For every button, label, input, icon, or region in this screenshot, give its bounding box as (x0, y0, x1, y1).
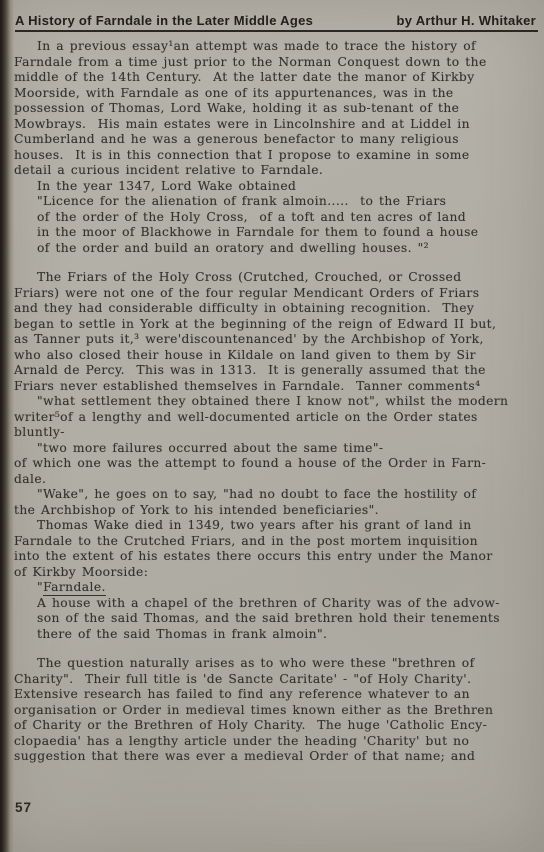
page-header: A History of Farndale in the Later Middl… (15, 13, 536, 28)
text-line: the Archbishop of York to his intended b… (14, 503, 536, 519)
text-line: possession of Thomas, Lord Wake, holding… (14, 101, 536, 117)
text-line: as Tanner puts it,³ were'discountenanced… (14, 332, 536, 348)
text-line: began to settle in York at the beginning… (14, 317, 536, 333)
text-line: Friars never established themselves in F… (14, 379, 536, 395)
text-line: "Wake", he goes on to say, "had no doubt… (14, 487, 536, 503)
text-line: middle of the 14th Century. At the latte… (14, 70, 536, 86)
text-line: The Friars of the Holy Cross (Crutched, … (14, 270, 536, 286)
text-line: bluntly- (14, 425, 536, 441)
text-line: Farndale from a time just prior to the N… (14, 55, 536, 71)
header-rule (15, 30, 538, 32)
text-line: Mowbrays. His main estates were in Linco… (14, 117, 536, 133)
text-line: suggestion that there was ever a medieva… (14, 749, 536, 765)
text-line: there of the said Thomas in frank almoin… (14, 627, 536, 643)
text-line: detail a curious incident relative to Fa… (14, 163, 536, 179)
text-line: dale. (14, 472, 536, 488)
text-line: "Farndale. (14, 580, 536, 596)
blank-line (14, 256, 536, 270)
text-line: Extensive research has failed to find an… (14, 687, 536, 703)
text-line: Charity". Their full title is 'de Sancte… (14, 672, 536, 688)
document-title: A History of Farndale in the Later Middl… (15, 13, 313, 28)
text-line: houses. It is in this connection that I … (14, 148, 536, 164)
document-page: A History of Farndale in the Later Middl… (0, 0, 544, 852)
blank-line (14, 642, 536, 656)
text-line: Cumberland and he was a generous benefac… (14, 132, 536, 148)
text-line: of Kirkby Moorside: (14, 565, 536, 581)
text-line: Friars) were not one of the four regular… (14, 286, 536, 302)
text-line: of the order and build an oratory and dw… (14, 241, 536, 257)
underlined-text: Farndale. (43, 580, 106, 596)
text-line: in the moor of Blackhowe in Farndale for… (14, 225, 536, 241)
text-line: of Charity or the Brethren of Holy Chari… (14, 718, 536, 734)
text-line: organisation or Order in medieval times … (14, 703, 536, 719)
text-line: "what settlement they obtained there I k… (14, 394, 536, 410)
text-line: of the order of the Holy Cross, of a tof… (14, 210, 536, 226)
text-line: "Licence for the alienation of frank alm… (14, 194, 536, 210)
text-line: into the extent of his estates there occ… (14, 549, 536, 565)
text-line: and they had considerable difficulty in … (14, 301, 536, 317)
page-number: 57 (15, 800, 32, 815)
text-line: of which one was the attempt to found a … (14, 456, 536, 472)
text-line: The question naturally arises as to who … (14, 656, 536, 672)
document-body: In a previous essay¹an attempt was made … (14, 39, 536, 765)
author-byline: by Arthur H. Whitaker (397, 13, 536, 28)
text-line: "two more failures occurred about the sa… (14, 441, 536, 457)
text-line: Farndale to the Crutched Friars, and in … (14, 534, 536, 550)
text-line: who also closed their house in Kildale o… (14, 348, 536, 364)
text-line: son of the said Thomas, and the said bre… (14, 611, 536, 627)
text-line: In a previous essay¹an attempt was made … (14, 39, 536, 55)
text-line: In the year 1347, Lord Wake obtained (14, 179, 536, 195)
text-line: Thomas Wake died in 1349, two years afte… (14, 518, 536, 534)
book-gutter-shadow (0, 0, 14, 852)
text-line: clopaedia' has a lengthy article under t… (14, 734, 536, 750)
text-line: A house with a chapel of the brethren of… (14, 596, 536, 612)
text-line: Moorside, with Farndale as one of its ap… (14, 86, 536, 102)
text-line: Arnald de Percy. This was in 1313. It is… (14, 363, 536, 379)
text-line: writer⁵of a lengthy and well-documented … (14, 410, 536, 426)
